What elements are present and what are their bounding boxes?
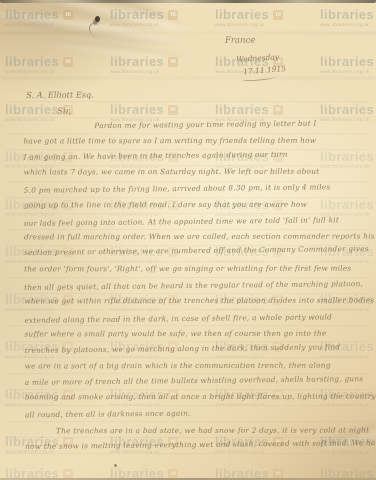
letter-recipient: S. A. Elliott Esq. — [26, 89, 94, 99]
handwriting-line: suffer where a small party would be safe… — [24, 329, 326, 339]
handwriting-line: 5.0 pm marched up to the firing line, ar… — [24, 182, 331, 194]
handwriting-line: I am going on. We have been in the trenc… — [24, 150, 288, 162]
handwriting-line: all round, then all is darkness once aga… — [25, 408, 191, 419]
handwriting-line: when we get within rifle distance of the… — [24, 295, 374, 305]
date-underline-flourish — [242, 74, 276, 82]
letter-salutation: Sir, — [57, 106, 71, 116]
handwriting-line: which lasts 7 days, we came in on Saturd… — [24, 167, 320, 177]
handwriting-line: a mile or more of trench all the time bu… — [25, 374, 364, 387]
handwriting-line: we are in a sort of a big drain which is… — [25, 361, 331, 371]
handwriting-line: booming and smoke arising, then all at o… — [25, 391, 376, 401]
handwriting-line: extended along the road in the dark, in … — [24, 312, 332, 324]
handwriting-line: dressed in full marching order. When we … — [24, 231, 375, 241]
handwriting-line: then all gets quiet, all that can be hea… — [24, 279, 363, 292]
letter-scan-page: librariesniwww.librariesni.org.uklibrari… — [0, 0, 376, 480]
handwriting-line: Pardon me for wasting your time reading … — [94, 119, 316, 131]
letter-place: France — [225, 36, 255, 46]
letter-body: Pardon me for wasting your time reading … — [0, 0, 375, 1]
handwriting-line: our lads feel going into action. At the … — [24, 215, 339, 228]
letter-day: Wednesday — [236, 52, 279, 63]
handwriting-layer: France Wednesday 17.11.1915 S. A. Elliot… — [0, 0, 376, 480]
handwriting-line: section present or otherwise, we are num… — [24, 244, 369, 257]
handwriting-line: have got a little time to spare so I am … — [23, 136, 316, 146]
handwriting-line: The trenches are in a bad state, we had … — [56, 425, 369, 435]
handwriting-line: now the snow is melting leaving everythi… — [25, 438, 376, 451]
handwriting-line: trenches by platoons, we go marching alo… — [25, 342, 341, 355]
handwriting-line: the order 'form fours', 'Right', off we … — [24, 264, 351, 274]
handwriting-line: going up to the line in the field road. … — [24, 200, 307, 210]
